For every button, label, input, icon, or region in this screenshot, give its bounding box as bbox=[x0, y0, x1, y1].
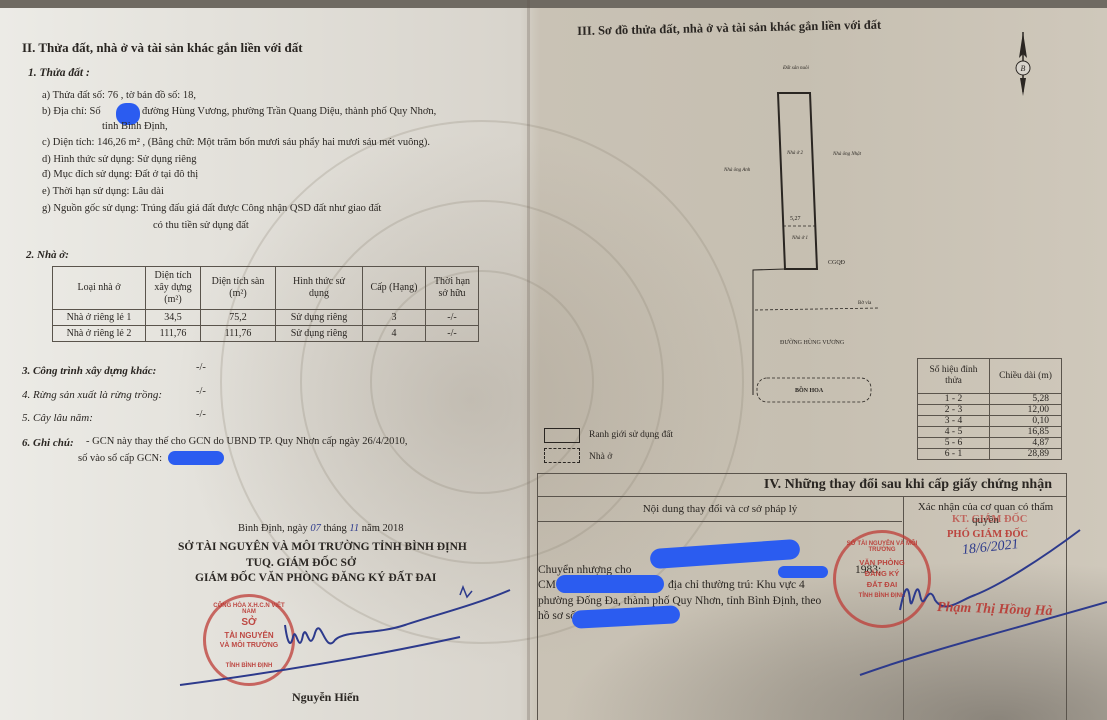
perennial-trees-value: -/- bbox=[196, 409, 206, 420]
sign-day: 07 bbox=[310, 523, 321, 534]
sign-month: 11 bbox=[349, 523, 359, 534]
land-address-label: b) Địa chỉ: Số bbox=[42, 106, 101, 117]
land-heading: 1. Thửa đất : bbox=[28, 67, 90, 79]
change-entry-line4: hồ sơ số bbox=[538, 610, 576, 622]
signature-left bbox=[175, 585, 515, 695]
signer-name: Nguyễn Hiến bbox=[292, 690, 359, 705]
change-entry-line3: phường Đống Đa, thành phố Quy Nhơn, tỉnh… bbox=[538, 595, 821, 607]
sign-role1: TUQ. GIÁM ĐỐC SỞ bbox=[246, 557, 356, 569]
map-label-road: ĐƯỜNG HÙNG VƯƠNG bbox=[780, 340, 844, 346]
land-area: c) Diện tích: 146,26 m² , (Bằng chữ: Một… bbox=[42, 137, 430, 148]
perennial-trees-label: 5. Cây lâu năm: bbox=[22, 412, 93, 424]
cell: Sử dụng riêng bbox=[276, 326, 363, 342]
redaction bbox=[778, 566, 828, 578]
cell: Nhà ở riêng lẻ 2 bbox=[53, 326, 146, 342]
table-row: Nhà ở riêng lẻ 1 34,5 75,2 Sử dụng riêng… bbox=[53, 310, 479, 326]
table-row: 5 - 64,87 bbox=[918, 438, 1062, 449]
map-width-mid: 5,27 bbox=[790, 216, 801, 222]
redaction bbox=[556, 575, 664, 593]
map-label-house1: Nhà ở 1 bbox=[792, 236, 808, 241]
col-header: Diện tích xây dựng (m²) bbox=[146, 267, 201, 310]
sign-role2: GIÁM ĐỐC VĂN PHÒNG ĐĂNG KÝ ĐẤT ĐAI bbox=[195, 572, 436, 584]
change-entry-line2: địa chỉ thường trú: Khu vực 4 bbox=[668, 579, 805, 591]
section4-title: IV. Những thay đổi sau khi cấp giấy chứn… bbox=[538, 474, 1066, 497]
photo-top-edge bbox=[0, 0, 1107, 8]
cell: 75,2 bbox=[201, 310, 276, 326]
note-line1: - GCN này thay thế cho GCN do UBND TP. Q… bbox=[86, 436, 408, 447]
land-origin: g) Nguồn gốc sử dụng: Trúng đấu giá đất … bbox=[42, 203, 381, 214]
cell: 3 bbox=[363, 310, 426, 326]
other-construction-label: 3. Công trình xây dựng khác: bbox=[22, 365, 156, 377]
col-header: Chiều dài (m) bbox=[990, 359, 1062, 394]
cell: -/- bbox=[426, 326, 479, 342]
redaction bbox=[168, 451, 224, 465]
map-label-west: Nhà ông Anh bbox=[724, 168, 750, 173]
page-fold bbox=[527, 0, 530, 720]
section2-title: II. Thửa đất, nhà ở và tài sản khác gắn … bbox=[22, 40, 303, 56]
legend-house: Nhà ở bbox=[589, 452, 612, 462]
land-purpose: đ) Mục đích sử dụng: Đất ở tại đô thị bbox=[42, 169, 198, 180]
planted-forest-value: -/- bbox=[196, 386, 206, 397]
col-header: Hình thức sử dụng bbox=[276, 267, 363, 310]
cell: -/- bbox=[426, 310, 479, 326]
vertex-length-table: Số hiệu đỉnh thửa Chiều dài (m) 1 - 25,2… bbox=[917, 358, 1062, 460]
note-line2: số vào sổ cấp GCN: bbox=[78, 453, 162, 464]
land-origin-cont: có thu tiền sử dụng đất bbox=[153, 220, 249, 231]
section3-title: III. Sơ đồ thửa đất, nhà ở và tài sản kh… bbox=[577, 18, 881, 39]
land-plot-diagram bbox=[700, 60, 930, 410]
col-header: Thời hạn sở hữu bbox=[426, 267, 479, 310]
col-header: Loại nhà ở bbox=[53, 267, 146, 310]
land-address: đường Hùng Vương, phường Trần Quang Diệu… bbox=[142, 106, 436, 117]
planted-forest-label: 4. Rừng sản xuất là rừng trồng: bbox=[22, 389, 162, 401]
table-row: 2 - 312,00 bbox=[918, 405, 1062, 416]
note-label: 6. Ghi chú: bbox=[22, 437, 74, 449]
map-label-north: Đất sân nuôi bbox=[783, 66, 809, 71]
north-arrow-icon: B bbox=[1008, 30, 1038, 100]
map-label-flowerbed: BỒN HOA bbox=[795, 388, 823, 394]
sign-org: SỞ TÀI NGUYÊN VÀ MÔI TRƯỜNG TỈNH BÌNH ĐỊ… bbox=[178, 541, 467, 553]
house-heading: 2. Nhà ở: bbox=[26, 249, 69, 261]
land-term: e) Thời hạn sử dụng: Lâu dài bbox=[42, 186, 164, 197]
svg-text:B: B bbox=[1021, 64, 1026, 73]
cell: 111,76 bbox=[146, 326, 201, 342]
land-province: tỉnh Bình Định, bbox=[102, 121, 168, 132]
certificate-page: II. Thửa đất, nhà ở và tài sản khác gắn … bbox=[0, 0, 1107, 720]
house-table: Loại nhà ở Diện tích xây dựng (m²) Diện … bbox=[52, 266, 479, 342]
cell: 4 bbox=[363, 326, 426, 342]
legend-boundary: Ranh giới sử dụng đất bbox=[589, 430, 673, 440]
sign-date: Bình Định, ngày 07 tháng 11 năm 2018 bbox=[238, 523, 403, 534]
table-row: 4 - 516,85 bbox=[918, 427, 1062, 438]
land-parcel-number: a) Thửa đất số: 76 , tờ bản đồ số: 18, bbox=[42, 90, 196, 101]
map-label-road-edge: Bờ vỉa bbox=[858, 301, 871, 306]
cell: Sử dụng riêng bbox=[276, 310, 363, 326]
legend-dashed-swatch bbox=[544, 448, 580, 463]
table-row: Nhà ở riêng lẻ 2 111,76 111,76 Sử dụng r… bbox=[53, 326, 479, 342]
col-header: Cấp (Hạng) bbox=[363, 267, 426, 310]
table-row: 6 - 128,89 bbox=[918, 449, 1062, 460]
map-label-cgqd: CGQĐ bbox=[828, 260, 845, 266]
cell: 111,76 bbox=[201, 326, 276, 342]
col-header: Diện tích sàn (m²) bbox=[201, 267, 276, 310]
map-label-house2: Nhà ở 2 bbox=[787, 151, 803, 156]
signature-right bbox=[840, 520, 1107, 680]
map-label-east: Nhà ông Nhật bbox=[833, 152, 861, 157]
legend-solid-swatch bbox=[544, 428, 580, 443]
table-row: 3 - 40,10 bbox=[918, 416, 1062, 427]
other-construction-value: -/- bbox=[196, 362, 206, 373]
change-entry-id-prefix: CM bbox=[538, 579, 556, 591]
col-header: Số hiệu đỉnh thửa bbox=[918, 359, 990, 394]
cell: 34,5 bbox=[146, 310, 201, 326]
table-row: 1 - 25,28 bbox=[918, 394, 1062, 405]
land-usage-form: d) Hình thức sử dụng: Sử dụng riêng bbox=[42, 154, 196, 165]
cell: Nhà ở riêng lẻ 1 bbox=[53, 310, 146, 326]
col-content-header: Nội dung thay đổi và cơ sở pháp lý bbox=[538, 497, 902, 522]
